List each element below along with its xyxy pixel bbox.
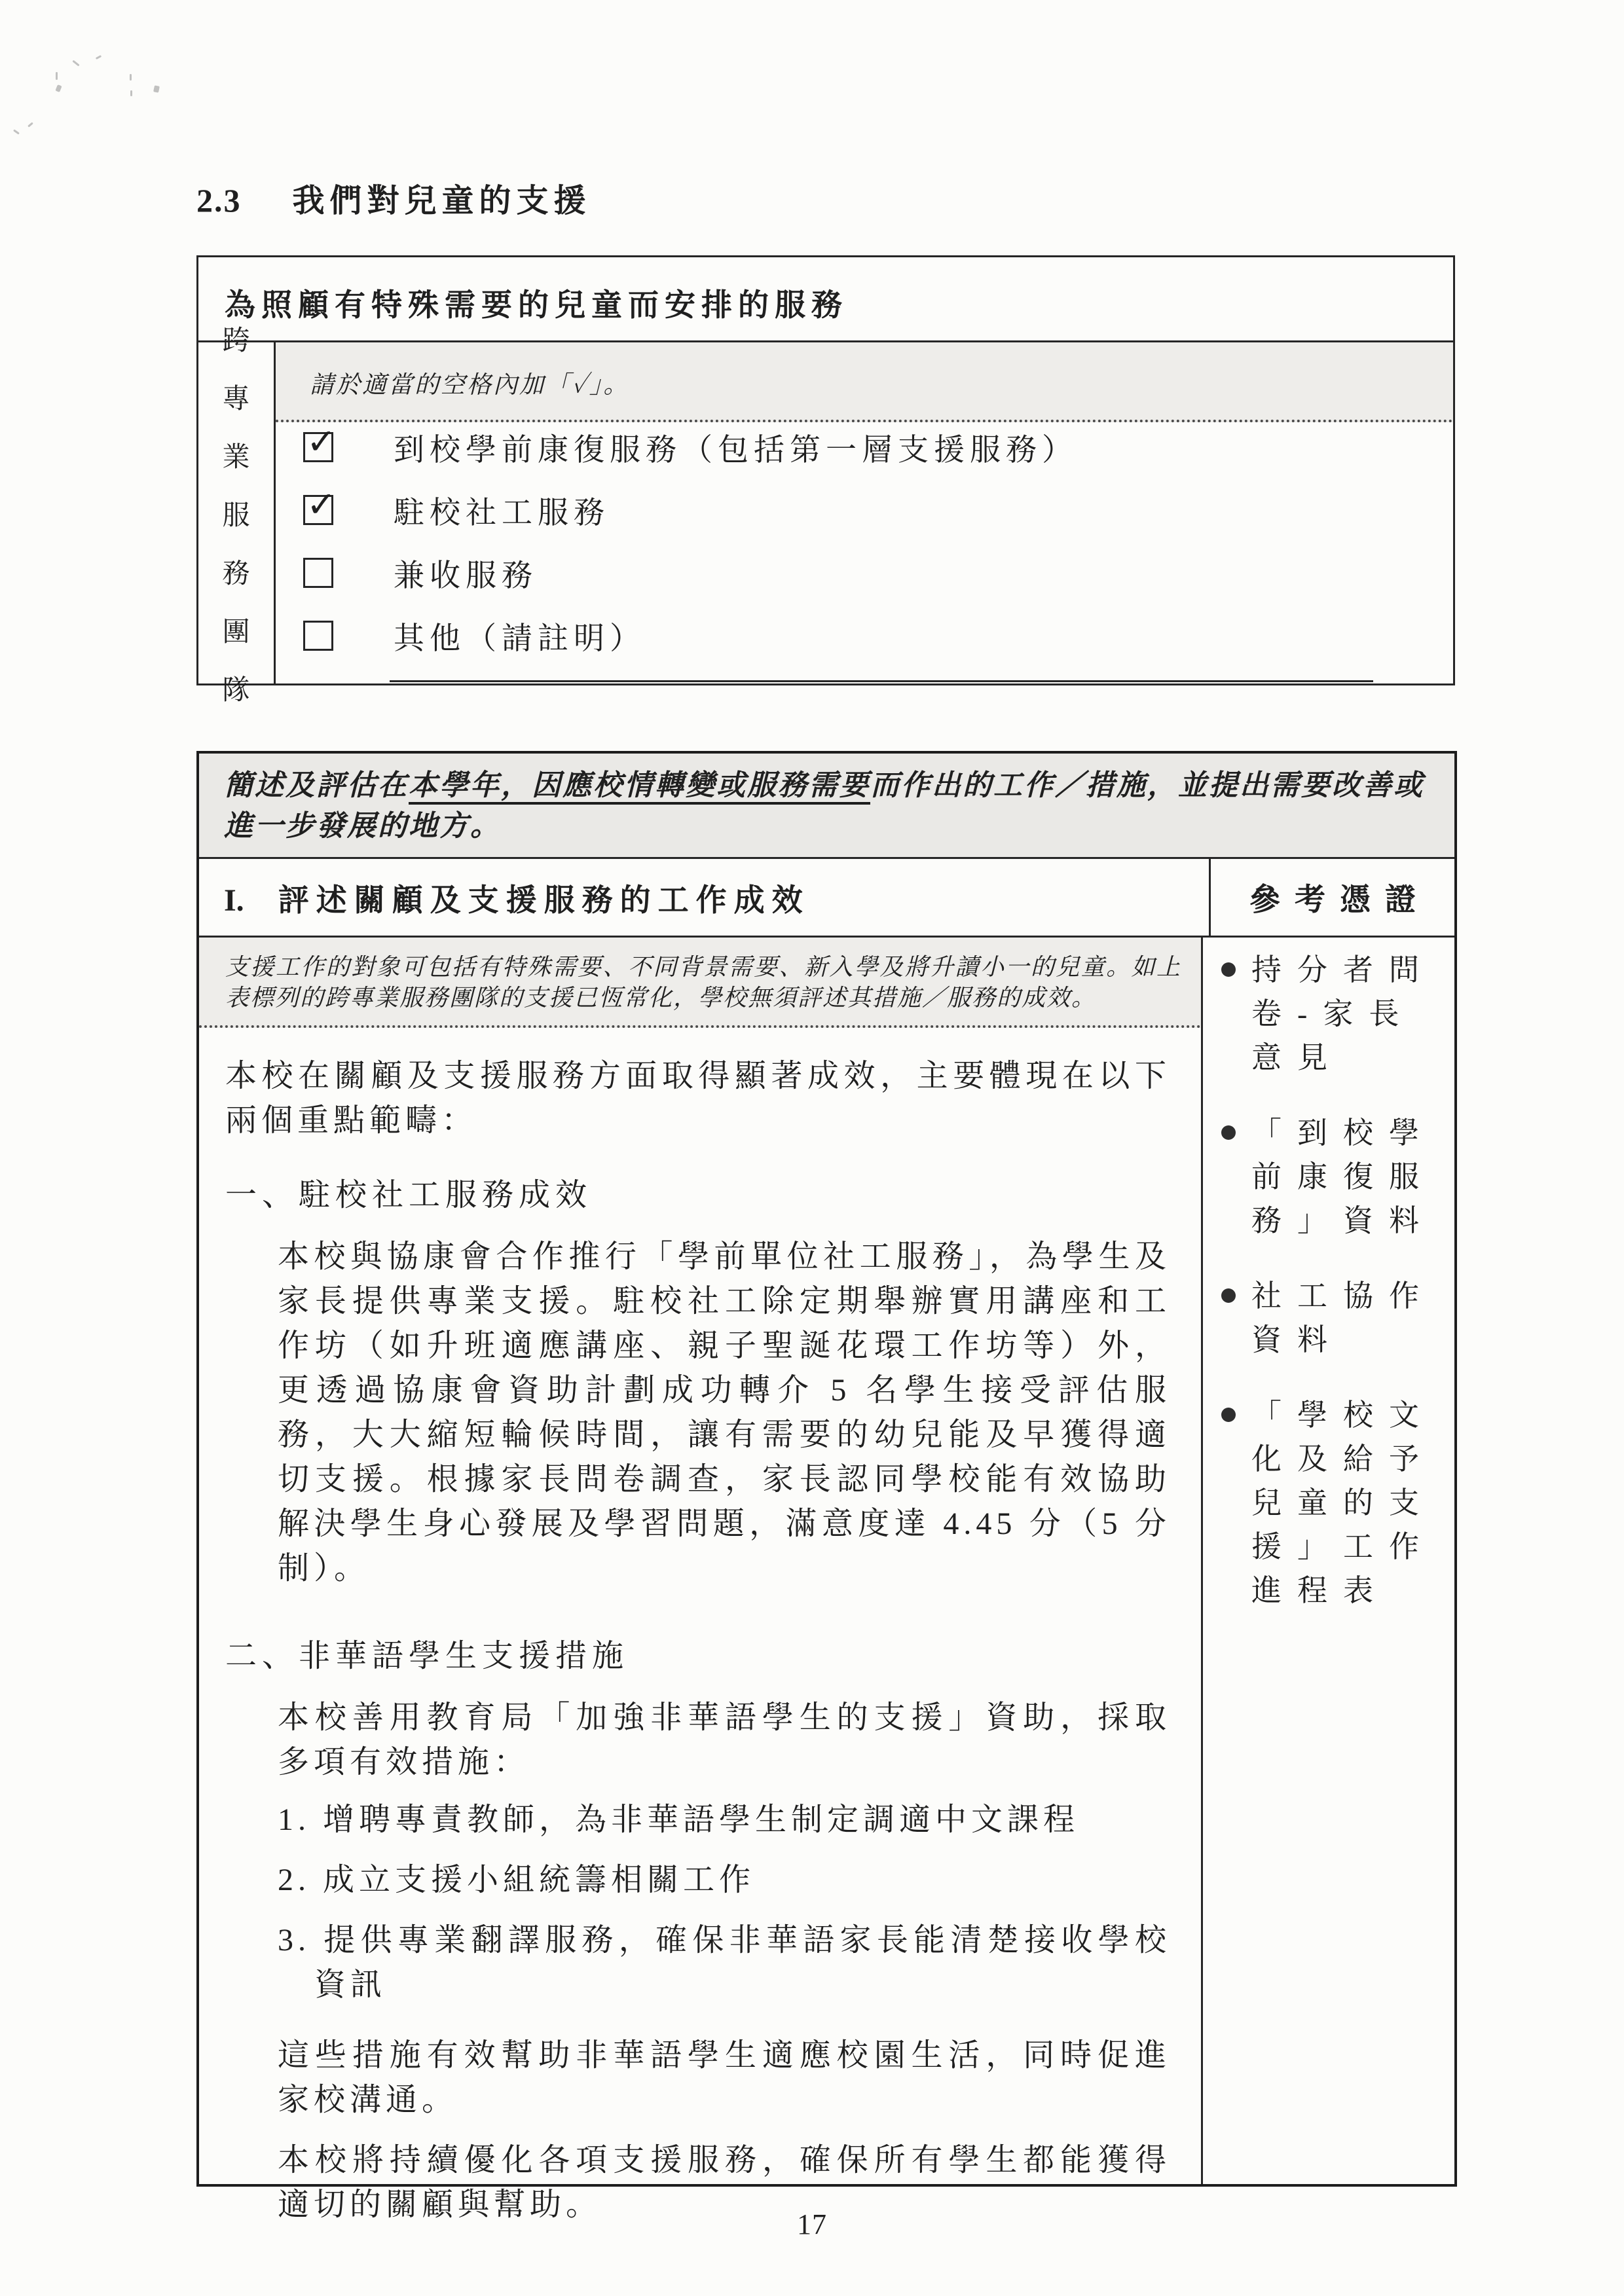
bullet-icon <box>1221 962 1236 977</box>
bullet-icon <box>1221 1125 1236 1140</box>
pencil-mark <box>72 60 79 67</box>
team-label-char: 業 <box>222 435 249 475</box>
measure-item: 1. 增聘專責教師，為非華語學生制定調適中文課程 <box>278 1798 1171 1842</box>
section1-paragraph: 本校與協康會合作推行「學前單位社工服務」，為學生及家長提供專業支援。駐校社工除定… <box>278 1235 1171 1591</box>
pencil-mark <box>13 129 20 134</box>
section-title: 2.3 我們對兒童的支援 <box>196 175 591 221</box>
check-icon: ✓ <box>306 421 336 462</box>
service-item-label: 駐校社工服務 <box>394 488 610 532</box>
review-body: 本校在關顧及支援服務方面取得顯著成效，主要體現在以下兩個重點範疇： 一、駐校社工… <box>199 1028 1201 2269</box>
section2-heading: 二、非華語學生支援措施 <box>225 1634 1171 1679</box>
services-table-header: 為照顧有特殊需要的兒童而安排的服務 <box>198 257 1453 342</box>
service-checklist: ✓ 到校學前康復服務（包括第一層支援服務） ✓ 駐校社工服務 兼收服務 其他（請… <box>276 422 1453 682</box>
team-label-char: 服 <box>222 494 249 533</box>
pencil-mark <box>55 84 62 92</box>
pencil-mark <box>56 72 58 80</box>
check-icon: ✓ <box>306 484 336 525</box>
review-table: 簡述及評估在本學年，因應校情轉變或服務需要而作出的工作／措施，並提出需要改善或進… <box>196 751 1457 2187</box>
checkbox-checked[interactable]: ✓ <box>303 432 333 462</box>
row-numeral: I. <box>224 883 244 919</box>
evidence-text: 「學校文化及給予兒童的支援」工作進程表 <box>1251 1393 1445 1613</box>
body-lead: 本校在關顧及支援服務方面取得顯著成效，主要體現在以下兩個重點範疇： <box>225 1054 1171 1143</box>
evidence-item: 社工協作資料 <box>1216 1274 1445 1362</box>
service-item-label: 兼收服務 <box>394 551 538 595</box>
pencil-mark <box>130 74 132 81</box>
service-item-row: 其他（請註明） <box>303 617 1427 654</box>
intro-prefix: 簡述及評估在 <box>224 769 409 801</box>
services-table: 為照顧有特殊需要的兒童而安排的服務 跨 專 業 服 務 團 隊 請於適當的空格內… <box>196 255 1455 685</box>
measure-item: 3. 提供專業翻譯服務，確保非華語家長能清楚接收學校資訊 <box>278 1918 1171 2007</box>
evidence-item: 持分者問卷-家長意見 <box>1216 948 1445 1080</box>
checkbox-checked[interactable]: ✓ <box>303 495 333 525</box>
service-item-label: 到校學前康復服務（包括第一層支援服務） <box>394 426 1078 469</box>
team-label-char: 團 <box>222 610 249 649</box>
other-fill-in-line[interactable] <box>390 680 1373 682</box>
measures-list: 1. 增聘專責教師，為非華語學生制定調適中文課程 2. 成立支援小組統籌相關工作… <box>278 1798 1171 2007</box>
pencil-mark <box>96 55 101 60</box>
evidence-column-header: 參考憑證 <box>1211 859 1454 936</box>
page-number: 17 <box>0 2208 1624 2241</box>
service-item-row: 兼收服務 <box>303 555 1427 591</box>
team-label-char: 專 <box>222 377 249 416</box>
measure-item: 2. 成立支援小組統籌相關工作 <box>278 1858 1171 1903</box>
team-label-char: 跨 <box>222 319 249 358</box>
intro-underlined: 本學年，因應校情轉變或服務需要 <box>409 769 870 805</box>
closing-paragraph-1: 這些措施有效幫助非華語學生適應校園生活，同時促進家校溝通。 <box>278 2033 1171 2123</box>
evidence-item: 「到校學前康復服務」資料 <box>1216 1111 1445 1243</box>
evidence-list: 持分者問卷-家長意見 「到校學前康復服務」資料 社工協作資料 「學校文化及給予兒… <box>1203 938 1454 2184</box>
team-label-char: 隊 <box>222 668 249 708</box>
evidence-item: 「學校文化及給予兒童的支援」工作進程表 <box>1216 1393 1445 1613</box>
review-intro-note: 簡述及評估在本學年，因應校情轉變或服務需要而作出的工作／措施，並提出需要改善或進… <box>199 754 1454 859</box>
team-label-vertical: 跨 專 業 服 務 團 隊 <box>198 342 276 683</box>
section-number: 2.3 <box>196 181 242 219</box>
tick-instruction-note: 請於適當的空格內加「✓」。 <box>276 342 1453 422</box>
evidence-text: 持分者問卷-家長意見 <box>1251 948 1445 1080</box>
service-item-label: 其他（請註明） <box>394 614 646 658</box>
pencil-mark <box>153 85 160 92</box>
pencil-mark <box>28 122 33 127</box>
support-scope-note: 支援工作的對象可包括有特殊需要、不同背景需要、新入學及將升讀小一的兒童。如上表標… <box>199 938 1201 1028</box>
evidence-text: 社工協作資料 <box>1251 1274 1445 1362</box>
team-label-char: 務 <box>222 552 249 591</box>
service-item-row: ✓ 駐校社工服務 <box>303 492 1427 528</box>
review-row-title: 評述關顧及支援服務的工作成效 <box>278 876 810 920</box>
bullet-icon <box>1221 1288 1236 1303</box>
service-item-row: ✓ 到校學前康復服務（包括第一層支援服務） <box>303 429 1427 465</box>
checkbox-unchecked[interactable] <box>303 558 333 588</box>
review-header-row: I. 評述關顧及支援服務的工作成效 參考憑證 <box>199 859 1454 938</box>
evidence-text: 「到校學前康復服務」資料 <box>1251 1111 1445 1243</box>
pencil-mark <box>130 90 132 96</box>
section1-heading: 一、駐校社工服務成效 <box>225 1173 1171 1218</box>
section2-lead: 本校善用教育局「加強非華語學生的支援」資助，採取多項有效措施： <box>278 1696 1171 1785</box>
bullet-icon <box>1221 1408 1236 1422</box>
section-title-text: 我們對兒童的支援 <box>293 175 591 221</box>
checkbox-unchecked[interactable] <box>303 621 333 651</box>
